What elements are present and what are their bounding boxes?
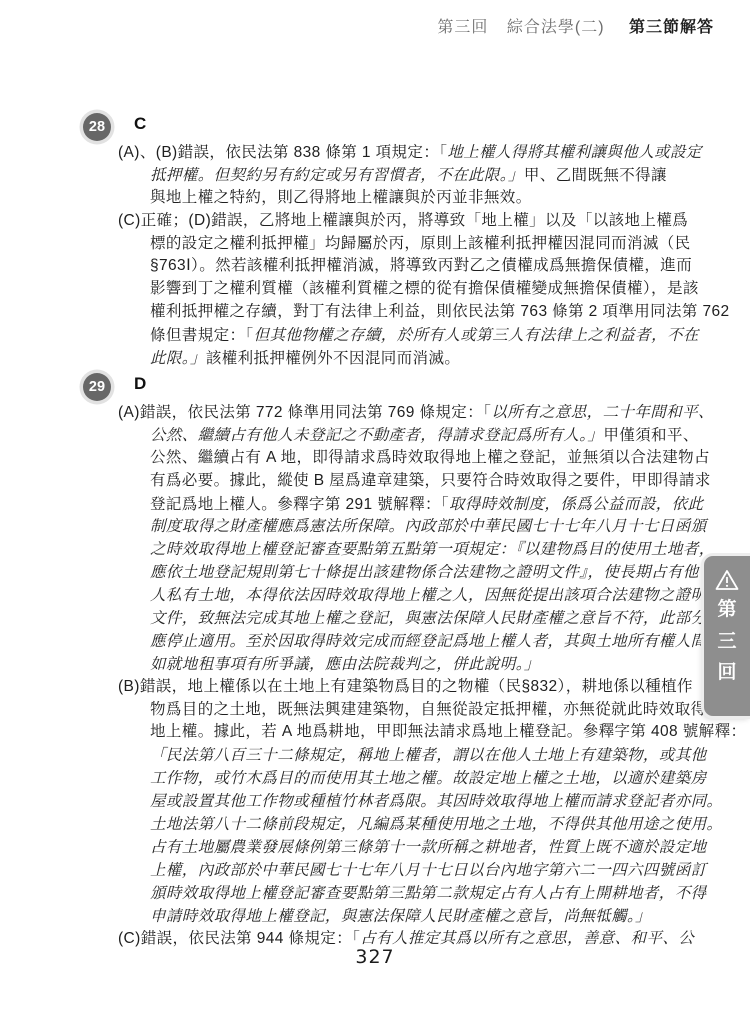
text-line: (C)正確；(D)錯誤，乙將地上權讓與於丙，將導致「地上權」以及「以該地上權爲	[118, 210, 703, 233]
text-line: 頒時效取得地上權登記審查要點第三點第二款規定占有人占有上開耕地者，不得	[150, 882, 703, 905]
warning-triangle-icon	[715, 569, 739, 591]
text-line: 標的設定之權利抵押權」均歸屬於丙，原則上該權利抵押權因混同而消滅（民	[150, 233, 703, 256]
answer-paragraph: (C)正確；(D)錯誤，乙將地上權讓與於丙，將導致「地上權」以及「以該地上權爲標…	[118, 210, 703, 370]
text-line: 地上權。據此，若 A 地爲耕地，甲即無法請求爲地上權登記。參釋字第 408 號解…	[150, 721, 703, 744]
text-line: 工作物，或竹木爲目的而使用其土地之權。故設定地上權之土地，以適於建築房	[150, 767, 703, 790]
text-line: 「民法第八百三十二條規定，稱地上權者，謂以在他人土地上有建築物，或其他	[150, 744, 703, 767]
text-line: 有爲必要。據此，縱使 B 屋爲違章建築，只要符合時效取得之要件，甲即得請求	[150, 470, 703, 493]
answer-letter: C	[134, 114, 147, 134]
text-line: 公然、繼續占有他人未登記之不動產者，得請求登記爲所有人。」甲僅須和平、	[150, 424, 703, 447]
text-line: 條但書規定：「但其他物權之存續，於所有人或第三人有法律上之利益者，不在	[150, 324, 703, 347]
text-line: (A)、(B)錯誤，依民法第 838 條第 1 項規定：「地上權人得將其權利讓與…	[118, 141, 703, 164]
question-number-badge: 29	[83, 373, 111, 401]
page-number: 327	[355, 946, 394, 968]
text-line: 公然、繼續占有 A 地，即得請求爲時效取得地上權之登記，並無須以合法建物占	[150, 447, 703, 470]
header-subject-label: 綜合法學(二)	[507, 19, 605, 36]
text-line: 登記爲地上權人。參釋字第 291 號解釋：「取得時效制度，係爲公益而設，依此	[150, 493, 703, 516]
text-line: 屋或設置其他工作物或種植竹林者爲限。其因時效取得地上權而請求登記者亦同。	[150, 790, 703, 813]
chapter-side-tab[interactable]: 第 三 回	[704, 556, 750, 716]
question-number-badge: 28	[83, 113, 111, 141]
text-line: 此限。」該權利抵押權例外不因混同而消滅。	[150, 347, 703, 370]
answer-paragraph: (A)、(B)錯誤，依民法第 838 條第 1 項規定：「地上權人得將其權利讓與…	[118, 141, 703, 210]
text-line: 如就地租事項有所爭議，應由法院裁判之，併此說明。」	[150, 653, 703, 676]
text-line: 制度取得之財產權應爲憲法所保障。內政部於中華民國七十七年八月十七日函頒	[150, 515, 703, 538]
text-line: 影響到丁之權利質權（該權利質權之標的從有擔保債權變成無擔保債權），是該	[150, 278, 703, 301]
answer-paragraph: (A)錯誤，依民法第 772 條準用同法第 769 條規定：「以所有之意思，二十…	[118, 401, 703, 676]
text-line: 占有土地屬農業發展條例第三條第十一款所稱之耕地者，性質上既不適於設定地	[150, 836, 703, 859]
side-tab-char: 第	[717, 597, 736, 623]
page-footer: 327	[0, 946, 750, 968]
page-header: 第三回 綜合法學(二) 第三節解答	[423, 14, 714, 37]
text-line: 申請時效取得地上權登記，與憲法保障人民財產權之意旨，尚無牴觸。」	[150, 905, 703, 928]
header-section-title: 第三節解答	[629, 19, 714, 36]
text-line: (A)錯誤，依民法第 772 條準用同法第 769 條規定：「以所有之意思，二十…	[118, 401, 703, 424]
header-round-label: 第三回	[437, 19, 488, 36]
text-line: 上權，內政部於中華民國七十七年八月十七日以台內地字第六二一四六四號函訂	[150, 859, 703, 882]
answer-paragraph: (B)錯誤，地上權係以在土地上有建築物爲目的之物權（民§832），耕地係以種植作…	[118, 676, 703, 928]
text-line: §763Ⅰ）。然若該權利抵押權消滅，將導致丙對乙之債權成爲無擔保債權，進而	[150, 255, 703, 278]
text-line: 人私有土地，本得依法因時效取得地上權之人，因無從提出該項合法建物之證明	[150, 584, 703, 607]
text-line: 之時效取得地上權登記審查要點第五點第一項規定：『以建物爲目的使用土地者，	[150, 538, 703, 561]
text-line: (B)錯誤，地上權係以在土地上有建築物爲目的之物權（民§832），耕地係以種植作	[118, 676, 703, 699]
answer-explanation: (A)錯誤，依民法第 772 條準用同法第 769 條規定：「以所有之意思，二十…	[118, 401, 703, 950]
answer-letter: D	[134, 374, 147, 394]
side-tab-char: 回	[717, 660, 736, 686]
answer-explanation: (A)、(B)錯誤，依民法第 838 條第 1 項規定：「地上權人得將其權利讓與…	[118, 141, 703, 370]
text-line: 土地法第八十二條前段規定，凡編爲某種使用地之土地，不得供其他用途之使用。	[150, 813, 703, 836]
text-line: 應停止適用。至於因取得時效完成而經登記爲地上權人者，其與土地所有權人間	[150, 630, 703, 653]
textbook-page: 第三回 綜合法學(二) 第三節解答 28 C (A)、(B)錯誤，依民法第 83…	[0, 0, 750, 1017]
text-line: 文件，致無法完成其地上權之登記，與憲法保障人民財產權之意旨不符，此部分	[150, 607, 703, 630]
text-line: 抵押權。但契約另有約定或另有習慣者，不在此限。」甲、乙間既無不得讓	[150, 164, 703, 187]
text-line: 與地上權之特約，則乙得將地上權讓與於丙並非無效。	[150, 187, 703, 210]
text-line: 應依土地登記規則第七十條提出該建物係合法建物之證明文件』，使長期占有他	[150, 561, 703, 584]
side-tab-char: 三	[717, 629, 736, 655]
text-line: 物爲目的之土地，既無法興建建築物，自無從設定抵押權，亦無從就此時效取得	[150, 699, 703, 722]
text-line: 權利抵押權之存續，對丁有法律上利益，則依民法第 763 條第 2 項準用同法第 …	[150, 301, 703, 324]
